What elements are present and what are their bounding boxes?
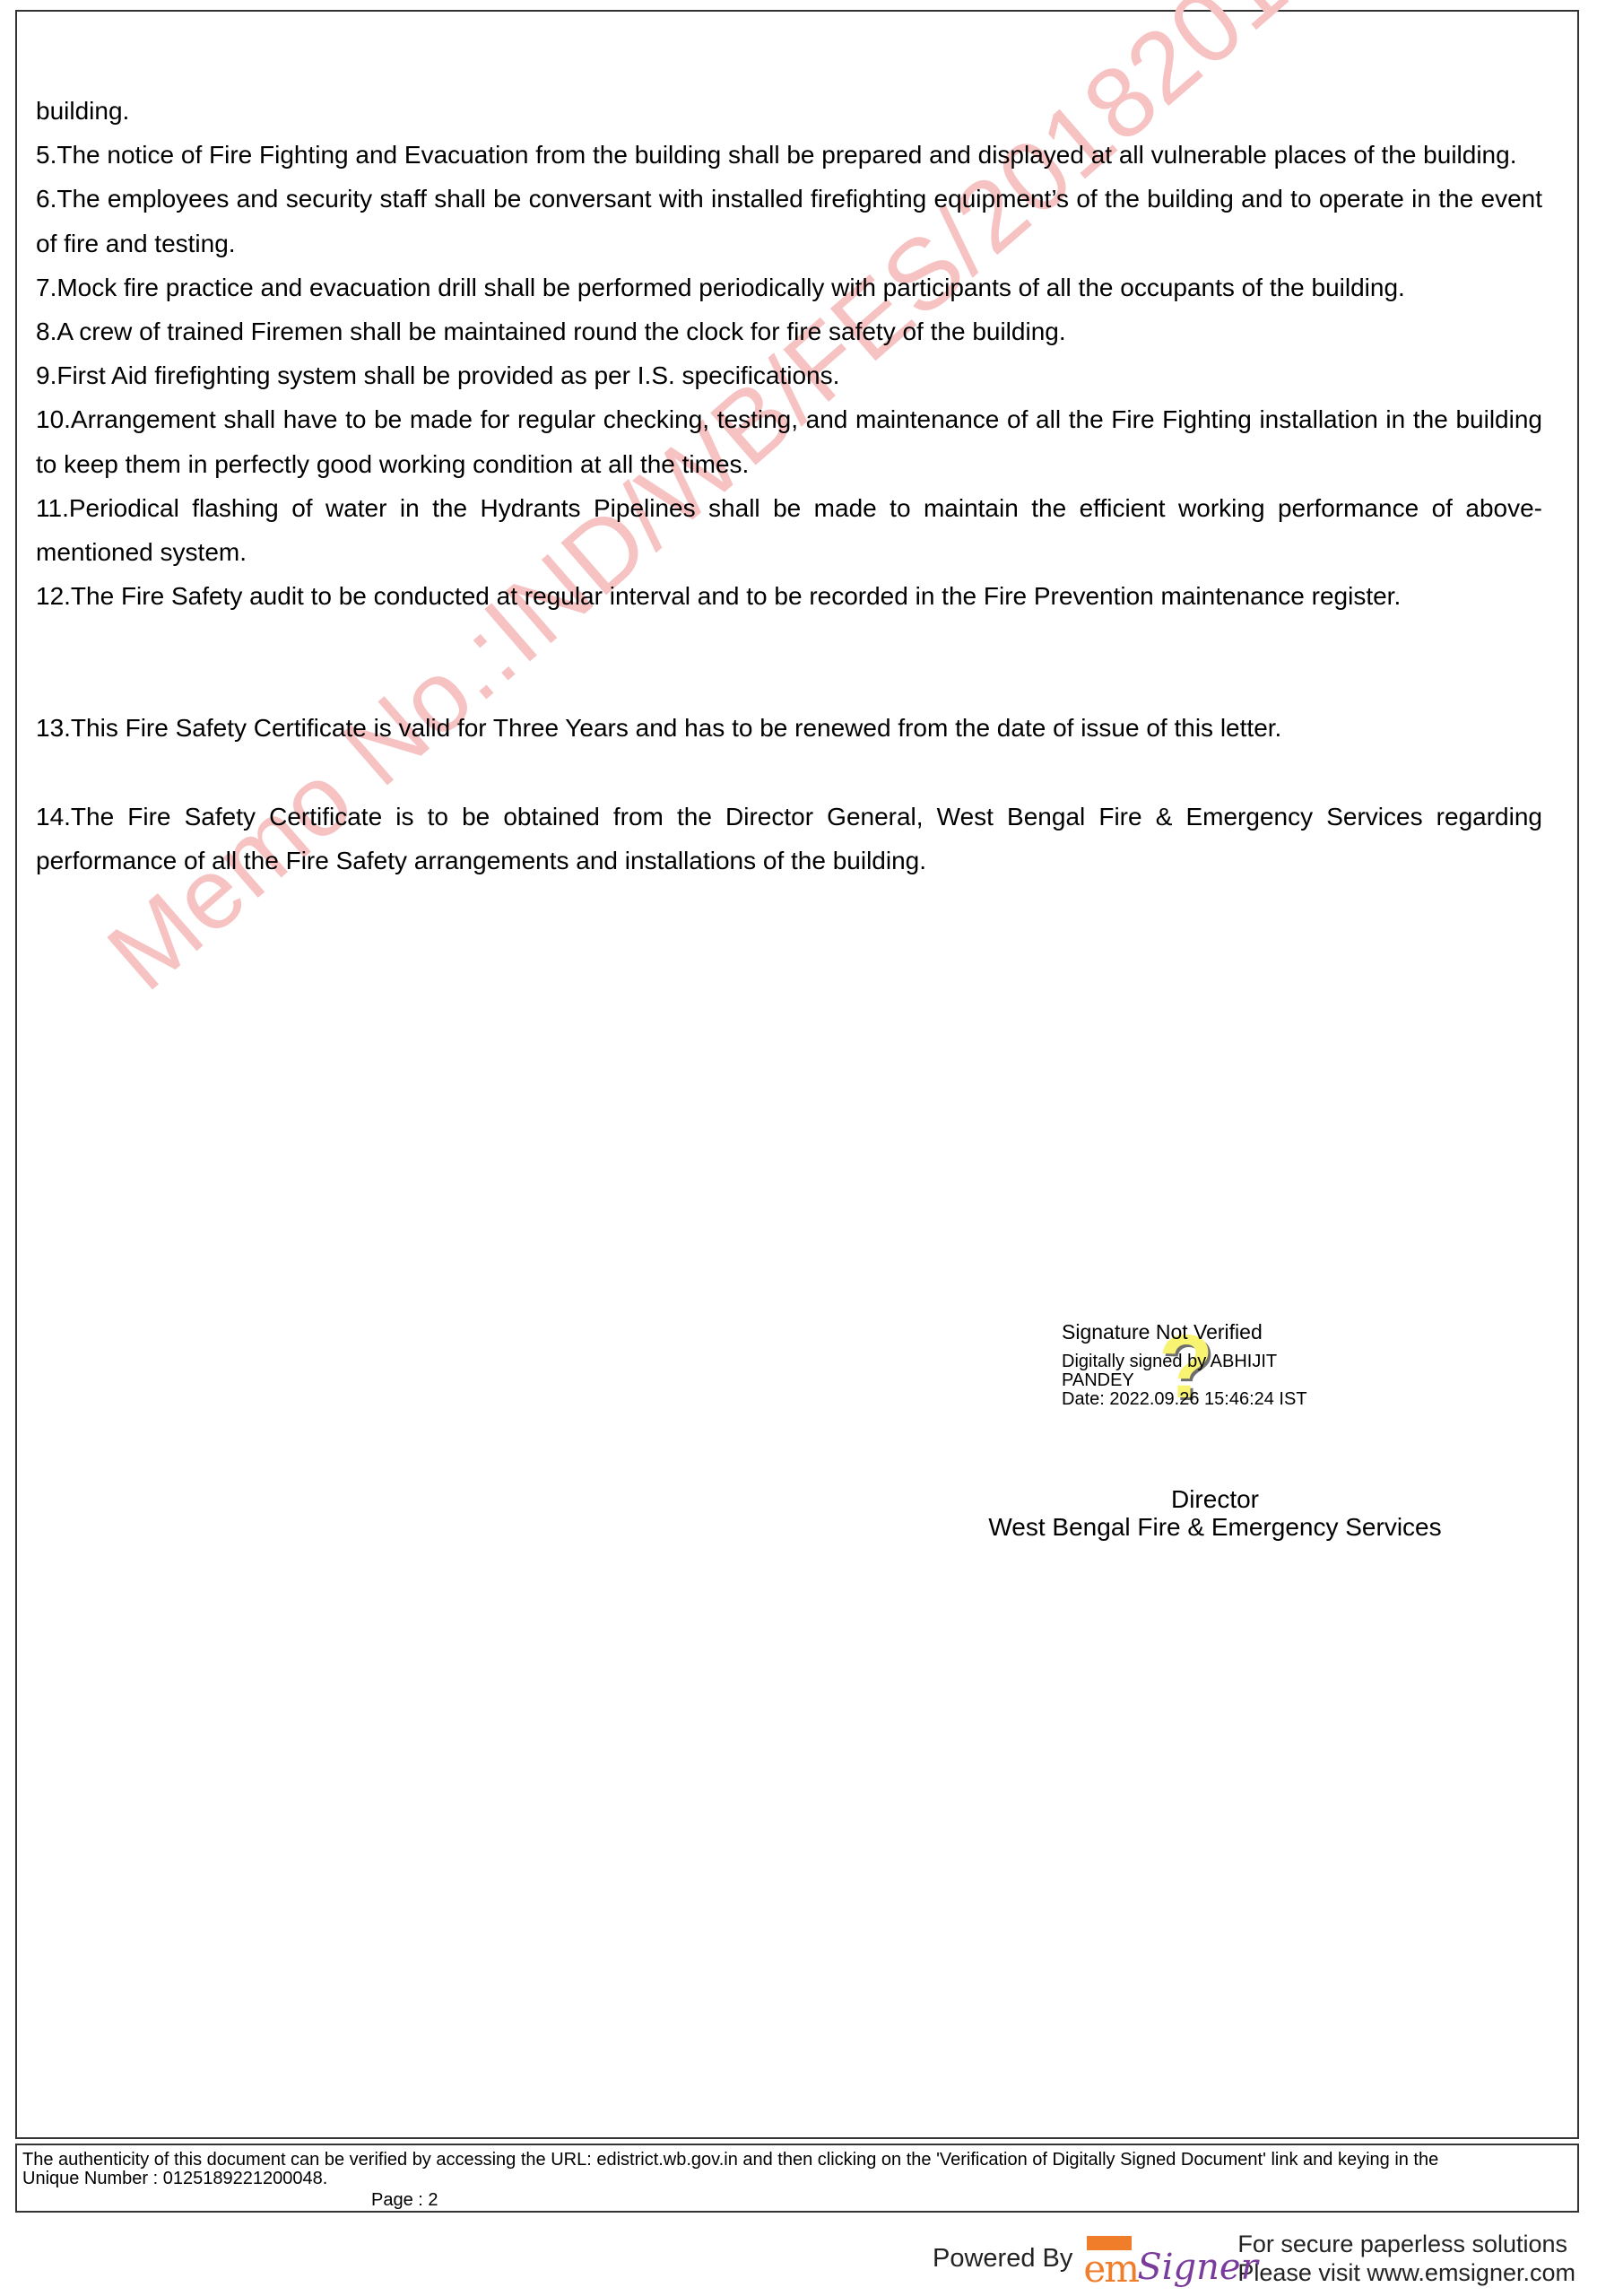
verification-note-box: The authenticity of this document can be… (15, 2144, 1579, 2213)
paragraph-7: 7.Mock fire practice and evacuation dril… (36, 265, 1542, 309)
verification-text-line-1: The authenticity of this document can be… (22, 2151, 1577, 2170)
emsigner-footer: Powered By em Signer For secure paperles… (933, 2226, 1575, 2291)
powered-by-label: Powered By (933, 2244, 1072, 2274)
promo-line-2[interactable]: Please visit www.emsigner.com (1237, 2258, 1575, 2287)
paragraph-6: 6.The employees and security staff shall… (36, 177, 1542, 265)
logo-em-text: em (1083, 2247, 1138, 2291)
signed-by-line-1: Digitally signed by ABHIJIT (1062, 1352, 1384, 1371)
unique-number: Unique Number : 0125189221200048. (22, 2170, 1577, 2188)
signed-by-line-2: PANDEY (1062, 1371, 1384, 1390)
logo-signer-text: Signer (1137, 2247, 1257, 2288)
paragraph-continuation: building. (36, 89, 1542, 133)
designation-organization: West Bengal Fire & Emergency Services (942, 1513, 1489, 1541)
paragraph-13: 13.This Fire Safety Certificate is valid… (36, 706, 1542, 750)
emsigner-logo: em Signer (1081, 2231, 1232, 2286)
digital-signature-block[interactable]: ? Signature Not Verified Digitally signe… (1062, 1322, 1384, 1409)
paragraph-9: 9.First Aid firefighting system shall be… (36, 353, 1542, 397)
paragraph-8: 8.A crew of trained Firemen shall be mai… (36, 309, 1542, 353)
paragraph-10: 10.Arrangement shall have to be made for… (36, 397, 1542, 485)
page-number: Page : 2 (371, 2191, 438, 2210)
paragraph-12: 12.The Fire Safety audit to be conducted… (36, 574, 1542, 618)
emsigner-promo: For secure paperless solutions Please vi… (1237, 2230, 1575, 2287)
paragraph-5: 5.The notice of Fire Fighting and Evacua… (36, 133, 1542, 177)
signature-status: Signature Not Verified (1062, 1322, 1384, 1343)
spacer (36, 618, 1542, 706)
promo-line-1: For secure paperless solutions (1237, 2230, 1575, 2258)
document-body: building. 5.The notice of Fire Fighting … (36, 89, 1542, 883)
signature-date: Date: 2022.09.26 15:46:24 IST (1062, 1390, 1384, 1409)
paragraph-11: 11.Periodical flashing of water in the H… (36, 486, 1542, 574)
spacer (36, 751, 1542, 795)
designation-title: Director (942, 1485, 1489, 1513)
signatory-designation: Director West Bengal Fire & Emergency Se… (942, 1485, 1489, 1541)
paragraph-14: 14.The Fire Safety Certificate is to be … (36, 795, 1542, 883)
